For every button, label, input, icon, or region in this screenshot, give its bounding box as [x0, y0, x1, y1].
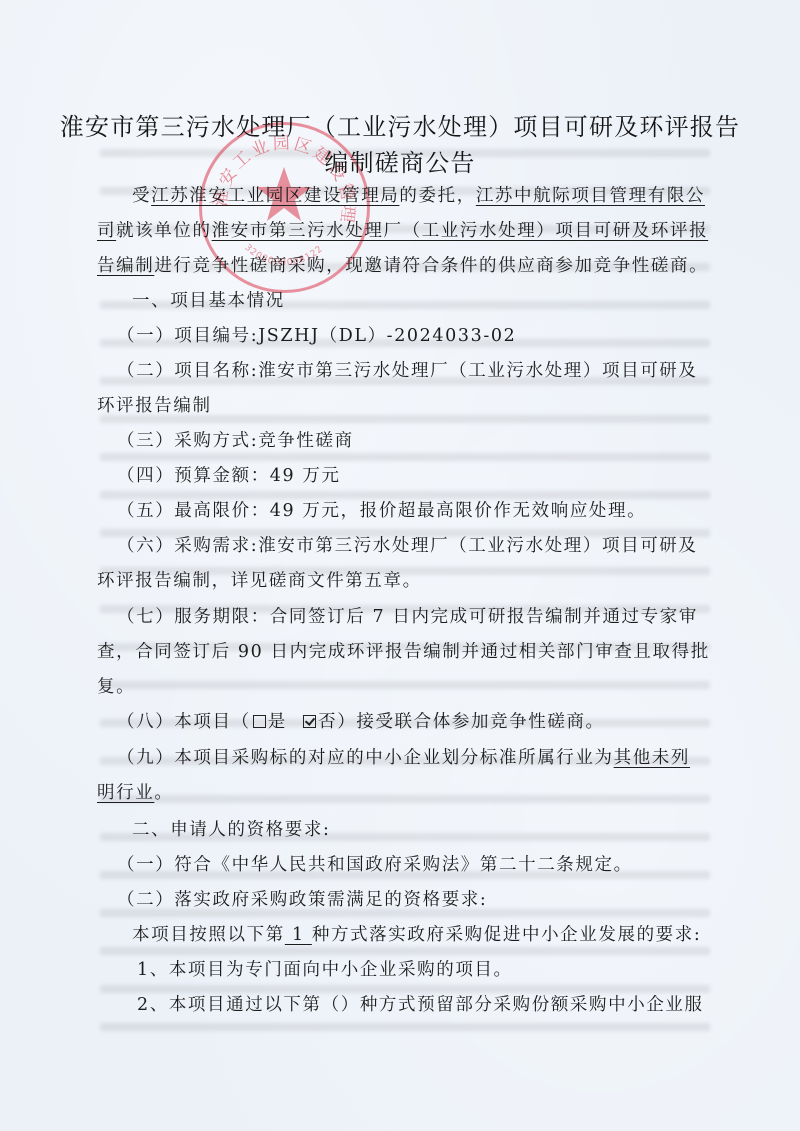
- text: 种方式落实政府采购促进中小企业发展的要求:: [312, 925, 702, 945]
- text: 就该单位的: [116, 221, 212, 241]
- client-name: 江苏淮安工业园区建设管理局: [151, 186, 399, 206]
- qualification-item1: （一）符合《中华人民共和国政府采购法》第二十二条规定。: [117, 852, 737, 878]
- text: （八）本项目（: [117, 712, 251, 732]
- project-number: （一）项目编号:JSZHJ（DL）-2024033-02: [117, 323, 737, 349]
- project-name-part2: 告编制: [97, 256, 154, 276]
- checkbox-no-checked: [303, 715, 316, 728]
- project-name-line2: 环评报告编制: [97, 393, 717, 419]
- option-no-label: 否: [318, 712, 337, 732]
- intro-paragraph-line1: 受江苏淮安工业园区建设管理局的委托，江苏中航际项目管理有限公: [132, 183, 752, 209]
- service-period-line1: （七）服务期限：合同签订后 7 日内完成可研报告编制并通过专家审: [117, 604, 737, 630]
- industry-value-part1: 其他未列: [614, 748, 690, 768]
- project-name-part1: 淮安市第三污水处理厂（工业污水处理）项目可研及环评报: [212, 221, 709, 241]
- qualification-item2: （二）落实政府采购政策需满足的资格要求:: [117, 887, 737, 913]
- procurement-requirement-line1: （六）采购需求:淮安市第三污水处理厂（工业污水处理）项目可研及: [117, 533, 737, 559]
- service-period-line3: 复。: [97, 674, 717, 700]
- text: （九）本项目采购标的对应的中小企业划分标准所属行业为: [117, 748, 614, 768]
- sme-option-1: 1、本项目为专门面向中小企业采购的项目。: [137, 957, 757, 983]
- agent-name-part1: 江苏中航际项目管理有限公: [476, 186, 705, 206]
- sme-option-2: 2、本项目通过以下第（）种方式预留部分采购份额采购中小企业服: [137, 992, 757, 1018]
- budget-amount: （四）预算金额：49 万元: [117, 463, 737, 489]
- text: ）接受联合体参加竞争性磋商。: [337, 712, 604, 732]
- project-name-line1: （二）项目名称:淮安市第三污水处理厂（工业污水处理）项目可研及: [117, 358, 737, 384]
- text: 的委托，: [399, 186, 475, 206]
- document-title-line1: 淮安市第三污水处理厂（工业污水处理）项目可研及环评报告: [0, 107, 800, 142]
- industry-value-part2: 明行业: [97, 783, 154, 803]
- industry-line2: 明行业。: [97, 780, 717, 806]
- text: 本项目按照以下第: [132, 925, 285, 945]
- intro-paragraph-line3: 告编制进行竞争性磋商采购，现邀请符合条件的供应商参加竞争性磋商。: [97, 253, 717, 279]
- text: 受: [132, 186, 151, 206]
- scanned-page: 淮安工业园区建设管理局 3208000008122 淮安市第三污水处理厂（工业污…: [0, 0, 800, 1131]
- agent-name-part2: 司: [97, 221, 116, 241]
- procurement-method: （三）采购方式:竞争性磋商: [117, 428, 737, 454]
- section1-heading: 一、项目基本情况: [132, 288, 752, 314]
- sme-method-number: 1: [285, 925, 312, 945]
- intro-paragraph-line2: 司就该单位的淮安市第三污水处理厂（工业污水处理）项目可研及环评报: [97, 218, 717, 244]
- document-title-line2: 编制磋商公告: [0, 143, 800, 178]
- sme-policy-statement: 本项目按照以下第 1 种方式落实政府采购促进中小企业发展的要求:: [132, 922, 752, 948]
- consortium-clause: （八）本项目（是 否）接受联合体参加竞争性磋商。: [117, 709, 737, 735]
- section2-heading: 二、申请人的资格要求:: [132, 817, 752, 843]
- procurement-requirement-line2: 环评报告编制，详见磋商文件第五章。: [97, 568, 717, 594]
- text: 进行竞争性磋商采购，现邀请符合条件的供应商参加竞争性磋商。: [154, 256, 708, 276]
- text: 。: [154, 783, 173, 803]
- max-price: （五）最高限价：49 万元，报价超最高限价作无效响应处理。: [117, 498, 737, 524]
- checkbox-yes: [253, 715, 266, 728]
- service-period-line2: 查，合同签订后 90 日内完成环评报告编制并通过相关部门审查且取得批: [97, 639, 717, 665]
- industry-line1: （九）本项目采购标的对应的中小企业划分标准所属行业为其他未列: [117, 745, 737, 771]
- option-yes-label: 是: [268, 712, 287, 732]
